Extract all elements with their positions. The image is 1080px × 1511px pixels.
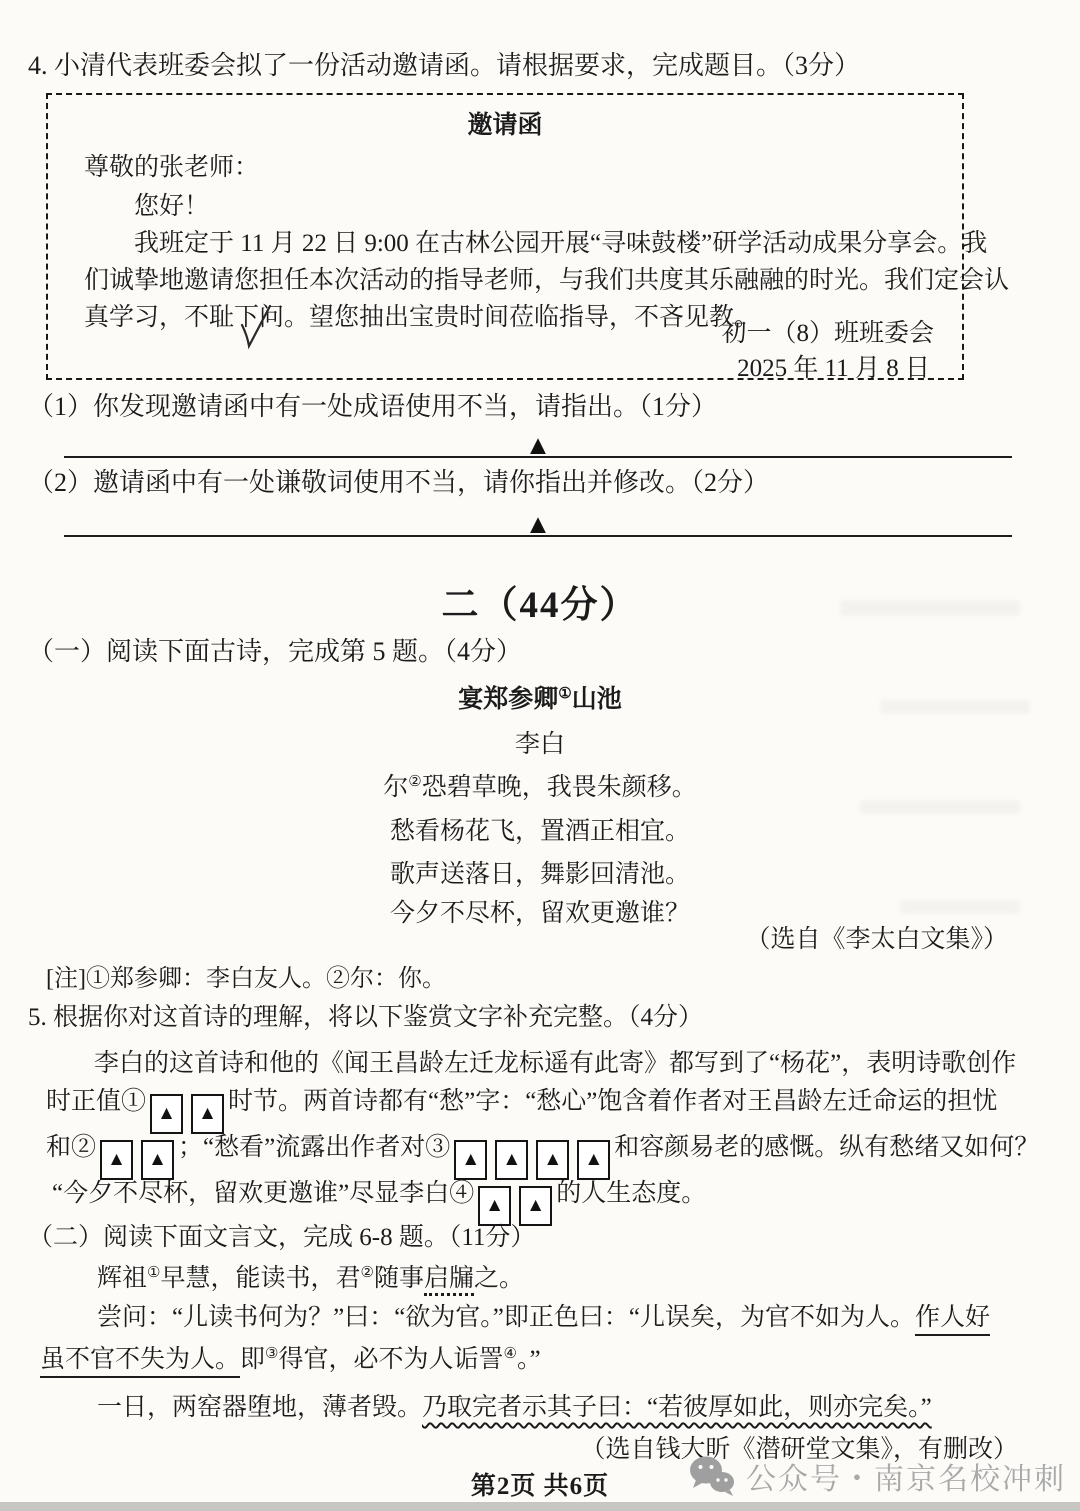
poem-source: （选自《李太白文集》）: [745, 924, 1008, 955]
invitation-body-line3: 真学习，不耻下问。望您抽出宝贵时间莅临指导，不吝见教。: [84, 297, 759, 333]
question4-prompt: 4. 小清代表班委会拟了一份活动邀请函。请根据要求，完成题目。（3分）: [28, 50, 860, 83]
invitation-date: 2025 年 11 月 8 日: [737, 348, 930, 384]
answer-blank-box: ▲: [478, 1186, 511, 1226]
answer-blank-box: ▲: [150, 1094, 183, 1134]
invitation-title: 邀请函: [48, 105, 962, 141]
poem-line-1: 尔②恐碧草晚，我畏朱颜移。: [0, 772, 1080, 803]
invitation-box: 邀请函 尊敬的张老师： 您好！ 我班定于 11 月 22 日 9:00 在古林公…: [46, 93, 964, 380]
passage-underlined-2: 虽不官不失为人。: [40, 1346, 240, 1378]
passage-line-3: 虽不官不失为人。即③得官，必不为人诟詈④。”: [40, 1344, 541, 1375]
exam-page: 4. 小清代表班委会拟了一份活动邀请函。请根据要求，完成题目。（3分） 邀请函 …: [0, 0, 1080, 1511]
scan-artifact: [860, 800, 1020, 814]
poem-title-main: 宴郑参卿: [458, 686, 558, 713]
question5-line3: 和②▲▲；“愁看”流露出作者对③▲▲▲▲和容颜易老的感慨。纵有愁绪又如何？: [46, 1132, 1039, 1180]
answer-blank-box: ▲: [100, 1140, 133, 1180]
invitation-signature: 初一（8）班班委会: [721, 313, 934, 349]
answer-blank-box: ▲: [577, 1140, 610, 1180]
scan-edge-strip: [0, 1502, 1080, 1511]
answer-marker-triangle: ▲: [525, 511, 552, 538]
passage-p2-a: 尝问：“儿读书何为？”曰：“欲为官。”即正色曰：“儿误矣，为官不如为人。: [97, 1304, 915, 1331]
q5-line3-mid: ；“愁看”流露出作者对③: [178, 1134, 450, 1161]
q5-line4-post: 的人生态度。: [556, 1180, 706, 1207]
passage-p4-a: 一日，两窑器堕地，薄者毁。: [97, 1394, 422, 1421]
poem-line1-superscript: ②: [408, 774, 421, 790]
poem-line1-pre: 尔: [383, 774, 408, 801]
question5-line4: “今夕不尽杯，留欢更邀谁”尽显李白④▲▲的人生态度。: [52, 1178, 706, 1226]
scan-artifact: [840, 600, 1020, 616]
answer-blank-box: ▲: [536, 1140, 569, 1180]
answer-blank-box: ▲: [495, 1140, 528, 1180]
passage-underlined-1: 作人好: [915, 1304, 990, 1336]
passage-wavy-underlined: 乃取完者示其子曰：“若彼厚如此，则亦完矣。”: [422, 1394, 932, 1421]
question5-line2: 时正值①▲▲时节。两首诗都有“愁”字：“愁心”饱含着作者对王昌龄左迁命运的担忧: [46, 1086, 997, 1134]
q5-line3-post: 和容颜易老的感慨。纵有愁绪又如何？: [614, 1134, 1039, 1161]
poem-line-3: 歌声送落日，舞影回清池。: [0, 859, 1080, 890]
poem-line-2: 愁看杨花飞，置酒正相宜。: [0, 816, 1080, 847]
scan-artifact: [900, 900, 1020, 914]
passage-p1-d: 之。: [474, 1265, 524, 1292]
poem-title-tail: 山池: [572, 686, 622, 713]
passage-superscript-4: ④: [504, 1346, 517, 1362]
answer-marker-triangle: ▲: [525, 432, 552, 459]
poem-author: 李白: [0, 729, 1080, 760]
page-footer: 第2页 共6页: [0, 1466, 1080, 1502]
passage-p1-a: 辉祖: [97, 1265, 147, 1292]
question5-prompt: 5. 根据你对这首诗的理解，将以下鉴赏文字补充完整。（4分）: [28, 1002, 703, 1033]
answer-blank-box: ▲: [191, 1094, 224, 1134]
answer-blank-box: ▲: [454, 1140, 487, 1180]
part1-header: （一）阅读下面古诗，完成第 5 题。（4分）: [28, 636, 522, 669]
answer-blank-box: ▲: [141, 1140, 174, 1180]
poem-line1-rest: 恐碧草晚，我畏朱颜移。: [422, 774, 697, 801]
passage-superscript-2: ②: [360, 1265, 373, 1281]
answer-line-2: ▲: [64, 487, 1012, 537]
q5-line2-pre: 时正值①: [46, 1088, 146, 1115]
invitation-body-line2: 们诚挚地邀请您担任本次活动的指导老师，与我们共度其乐融融的时光。我们定会认: [84, 260, 1009, 296]
passage-p1-b: 早慧，能读书，君: [160, 1265, 360, 1292]
part2-header: （二）阅读下面文言文，完成 6-8 题。（11分）: [28, 1222, 535, 1253]
q5-line3-pre: 和②: [46, 1134, 96, 1161]
passage-superscript-1: ①: [147, 1265, 160, 1281]
passage-line-2: 尝问：“儿读书何为？”曰：“欲为官。”即正色曰：“儿误矣，为官不如为人。作人好: [97, 1302, 990, 1333]
check-mark-icon: [236, 303, 278, 351]
passage-line-4: 一日，两窑器堕地，薄者毁。乃取完者示其子曰：“若彼厚如此，则亦完矣。”: [97, 1392, 932, 1423]
invitation-salutation: 尊敬的张老师：: [84, 147, 259, 183]
poem-title-superscript: ①: [558, 686, 571, 702]
passage-p3-b: 得官，必不为人诟詈: [278, 1346, 503, 1373]
answer-line-1: ▲: [64, 408, 1012, 458]
question5-line1: 李白的这首诗和他的《闻王昌龄左迁龙标遥有此寄》都写到了“杨花”，表明诗歌创作: [94, 1048, 1016, 1079]
invitation-body-line1: 我班定于 11 月 22 日 9:00 在古林公园开展“寻味鼓楼”研学活动成果分…: [134, 223, 987, 259]
scan-artifact: [880, 700, 1030, 714]
q5-line2-post: 时节。两首诗都有“愁”字：“愁心”饱含着作者对王昌龄左迁命运的担忧: [228, 1088, 997, 1115]
q5-line4-pre: “今夕不尽杯，留欢更邀谁”尽显李白④: [52, 1180, 474, 1207]
passage-emphasized-text: 启牖: [424, 1265, 474, 1296]
passage-p3-a: 即: [240, 1346, 265, 1373]
passage-line-1: 辉祖①早慧，能读书，君②随事启牖之。: [97, 1263, 524, 1294]
invitation-greeting: 您好！: [134, 186, 209, 222]
passage-p3-c: 。”: [517, 1346, 541, 1373]
poem-note: [注]①郑参卿：李白友人。②尔：你。: [46, 964, 446, 994]
answer-blank-box: ▲: [519, 1186, 552, 1226]
passage-superscript-3: ③: [265, 1346, 278, 1362]
passage-p1-c: 随事: [374, 1265, 424, 1292]
